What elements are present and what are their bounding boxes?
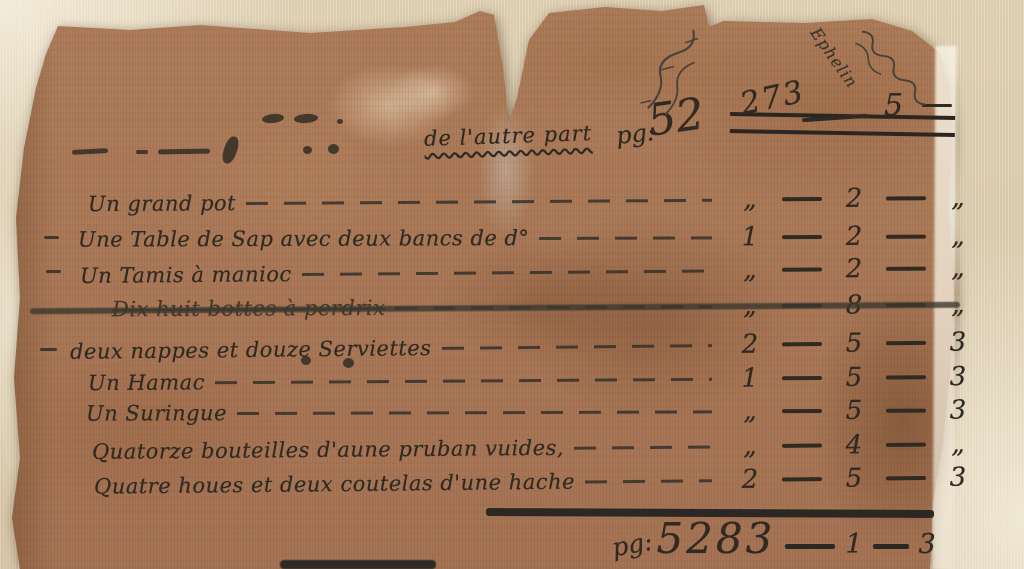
item-col3: „ [930, 183, 986, 213]
dash [782, 235, 822, 239]
ink-layer: de l'autre part pg: 52 273 5 Ephelin [0, 0, 1024, 569]
item-col3: „ [930, 253, 986, 283]
total-prefix: pg: [610, 527, 655, 563]
ink-blot [72, 148, 108, 155]
item-col1: „ [722, 184, 778, 214]
item-col1: „ [722, 255, 778, 285]
dash-leader [237, 410, 712, 415]
item-col1: 2 [722, 465, 778, 496]
dash [886, 196, 926, 200]
dash-leader [246, 198, 712, 204]
dash-leader [574, 445, 712, 449]
dash [782, 376, 822, 380]
item-col3: 3 [930, 395, 986, 425]
illegible-scrawl-icon [635, 8, 721, 125]
ink-blot [294, 113, 319, 124]
item-col2: 5 [826, 463, 882, 494]
margin-dash [40, 348, 57, 351]
item-col2: 5 [826, 396, 882, 426]
item-col1: 1 [722, 222, 778, 252]
total-line: pg: 5283 1 3 [612, 518, 936, 560]
dash-leader [539, 236, 712, 240]
total-col3: 3 [919, 529, 936, 560]
dash [782, 197, 822, 201]
manuscript-scan: de l'autre part pg: 52 273 5 Ephelin [0, 0, 1024, 569]
ink-blot [220, 135, 240, 165]
item-label: Un Suringue [86, 401, 227, 425]
inventory-row: Un grand pot „ 2 „ [88, 182, 986, 220]
inventory-row: Une Table de Sap avec deux bancs de d° 1… [78, 220, 986, 255]
item-col2: 2 [826, 254, 882, 284]
item-label: Quatre houes et deux coutelas d'une hach… [94, 470, 575, 499]
dash [886, 235, 926, 239]
item-col3: 3 [930, 327, 986, 358]
item-col3: 3 [930, 462, 986, 493]
dash-leader [215, 377, 712, 383]
dash [785, 544, 835, 549]
dash [782, 409, 822, 413]
item-col2: 5 [826, 363, 882, 393]
item-col2: 5 [826, 328, 882, 359]
inventory-row: Un Tamis à manioc „ 2 „ [80, 252, 986, 292]
cut-off-ink-band [280, 560, 436, 569]
item-label: Une Table de Sap avec deux bancs de d° [78, 226, 530, 252]
dash [886, 409, 926, 413]
ink-blot [303, 146, 312, 154]
inventory-row: Quatre houes et deux coutelas d'une hach… [94, 461, 986, 502]
dash [886, 375, 926, 379]
item-col1: „ [722, 431, 778, 461]
item-col2: 4 [826, 430, 882, 460]
inventory-row: Un Suringue „ 5 3 [86, 394, 986, 429]
item-col3: „ [930, 429, 986, 459]
margin-dash [46, 270, 61, 273]
dash-leader [585, 479, 712, 483]
ink-blot [262, 113, 285, 124]
item-label: deux nappes et douze Serviettes [70, 336, 432, 364]
item-label: Un Hamac [88, 370, 205, 395]
ink-blot [328, 144, 339, 154]
dash [886, 443, 926, 447]
item-col2: 2 [826, 184, 882, 214]
item-col3: 3 [930, 362, 986, 392]
item-col3: „ [930, 221, 986, 251]
carried-forward-label: de l'autre part [424, 121, 593, 151]
dash [782, 477, 822, 481]
item-label: Quatorze bouteilles d'aune pruban vuides… [92, 436, 564, 464]
dash [886, 476, 926, 480]
dash [873, 544, 909, 549]
dash [782, 342, 822, 346]
dash [782, 267, 822, 271]
dash [886, 267, 926, 271]
dash [886, 341, 926, 345]
dash-leader [441, 344, 712, 350]
total-amount: 5283 [656, 518, 775, 560]
dash [782, 444, 822, 448]
total-col2: 1 [845, 529, 862, 560]
item-col1: „ [722, 396, 778, 426]
item-col2: 2 [826, 222, 882, 252]
item-label: Un Tamis à manioc [80, 262, 292, 288]
inventory-row: Un Hamac 1 5 3 [88, 361, 986, 399]
ink-blot [158, 149, 210, 155]
margin-dash [44, 236, 59, 239]
ink-blot [136, 150, 148, 154]
item-col1: 2 [722, 329, 778, 360]
dash-leader [302, 269, 712, 276]
item-label: Un grand pot [88, 191, 236, 216]
ink-blot [337, 119, 343, 124]
item-col1: 1 [722, 363, 778, 393]
